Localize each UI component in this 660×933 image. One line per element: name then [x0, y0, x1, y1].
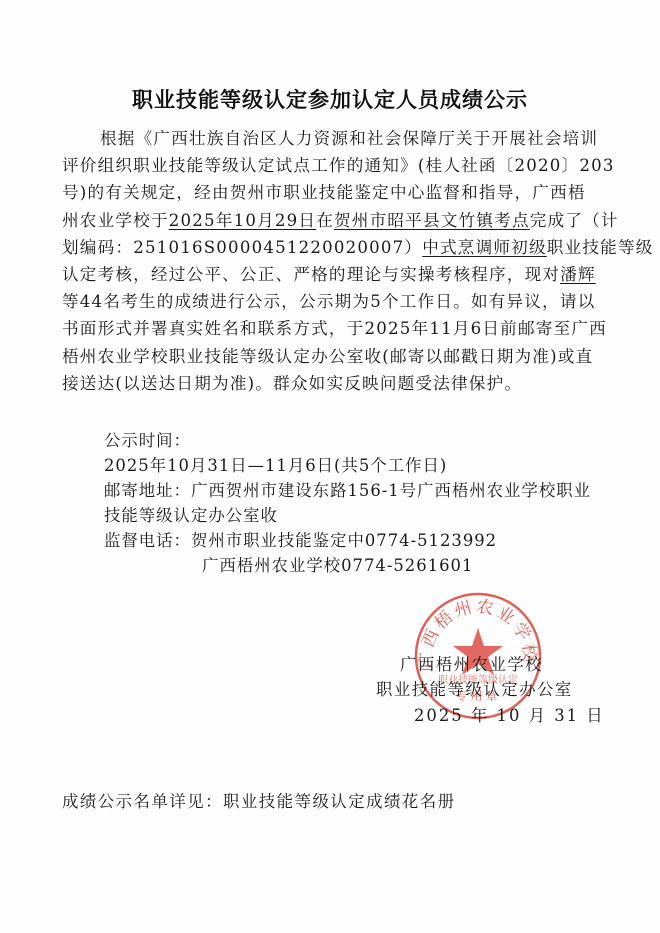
- body-line: 认定考核，经过公平、公正、严格的理论与实操考核程序，现对潘辉: [62, 261, 604, 288]
- contact-info: 公示时间： 2025年10月31日—11月6日(共5个工作日) 邮寄地址：广西贺…: [104, 428, 591, 578]
- candidate-name: 潘辉: [560, 265, 596, 284]
- supervision-phone: 监督电话：贺州市职业技能鉴定中0774-5123992: [104, 528, 591, 553]
- occupation: 中式烹调师初级: [422, 238, 547, 257]
- document-title: 职业技能等级认定参加认定人员成绩公示: [0, 84, 660, 114]
- body-line: 评价组织职业技能等级认定试点工作的通知》(桂人社函〔2020〕203: [62, 152, 604, 179]
- exam-location: 贺州市昭平县文竹镇考点: [334, 211, 530, 230]
- body-line: 州农业学校于2025年10月29日在贺州市昭平县文竹镇考点完成了（计: [62, 207, 604, 234]
- exam-date: 2025年10月29日: [169, 211, 316, 230]
- roster-reference: 成绩公示名单详见：职业技能等级认定成绩花名册: [62, 788, 456, 812]
- school-phone: 广西梧州农业学校0774-5261601: [104, 553, 591, 578]
- text-segment: 州农业学校于: [62, 211, 169, 230]
- text-segment: ）: [404, 238, 422, 257]
- text-segment: 完成了（计: [530, 211, 619, 230]
- period-value: 2025年10月31日—11月6日(共5个工作日): [104, 453, 591, 478]
- text-segment: 在: [316, 211, 334, 230]
- signature-date: 2025 年 10 月 31 日: [414, 703, 605, 728]
- text-segment: 认定考核，经过公平、公正、严格的理论与实操考核程序，现对: [62, 265, 560, 284]
- announcement-body: 根据《广西壮族自治区人力资源和社会保障厅关于开展社会培训 评价组织职业技能等级认…: [62, 125, 604, 397]
- mailing-address-cont: 技能等级认定办公室收: [104, 503, 591, 528]
- plan-code: 251016S0000451220020007: [133, 238, 404, 257]
- text-segment: 划编码：: [62, 238, 133, 257]
- body-line: 梧州农业学校职业技能等级认定办公室收(邮寄以邮戳日期为准)或直: [62, 343, 604, 370]
- signature-org: 广西梧州农业学校: [400, 652, 543, 677]
- body-line: 根据《广西壮族自治区人力资源和社会保障厅关于开展社会培训: [62, 125, 604, 152]
- text-segment: 职业技能等级: [547, 238, 654, 257]
- body-line: 号)的有关规定，经由贺州市职业技能鉴定中心监督和指导，广西梧: [62, 179, 604, 206]
- body-line: 划编码：251016S0000451220020007）中式烹调师初级职业技能等…: [62, 234, 604, 261]
- body-line: 接送达(以送达日期为准)。群众如实反映问题受法律保护。: [62, 370, 604, 397]
- period-label: 公示时间：: [104, 428, 591, 453]
- mailing-address: 邮寄地址：广西贺州市建设东路156-1号广西梧州农业学校职业: [104, 478, 591, 503]
- body-line: 书面形式并署真实姓名和联系方式，于2025年11月6日前邮寄至广西: [62, 315, 604, 342]
- signature-dept: 职业技能等级认定办公室: [376, 677, 573, 702]
- body-line: 等44名考生的成绩进行公示，公示期为5个工作日。如有异议，请以: [62, 288, 604, 315]
